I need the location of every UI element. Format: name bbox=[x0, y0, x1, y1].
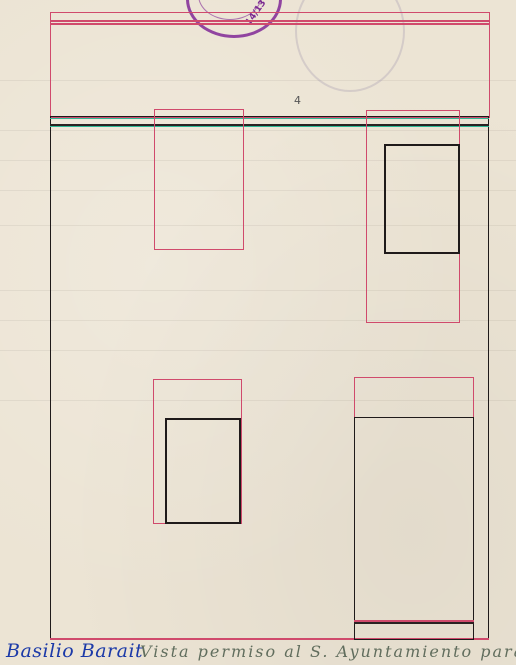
cornice-line bbox=[50, 23, 490, 25]
cornice-line bbox=[50, 20, 490, 22]
entrance-door bbox=[354, 417, 474, 640]
door-threshold bbox=[354, 622, 474, 624]
signature: Basilio Barait bbox=[6, 640, 143, 662]
door-transom bbox=[354, 377, 474, 418]
cornice-outline bbox=[50, 12, 490, 118]
upper-left-window bbox=[154, 109, 244, 250]
upper-right-window-opening bbox=[384, 144, 460, 254]
lower-left-window-opening bbox=[165, 418, 241, 524]
handwritten-note: Vista permiso al S. Ayuntamiento para bbox=[140, 642, 516, 661]
pencil-mark: 4 bbox=[294, 94, 301, 107]
